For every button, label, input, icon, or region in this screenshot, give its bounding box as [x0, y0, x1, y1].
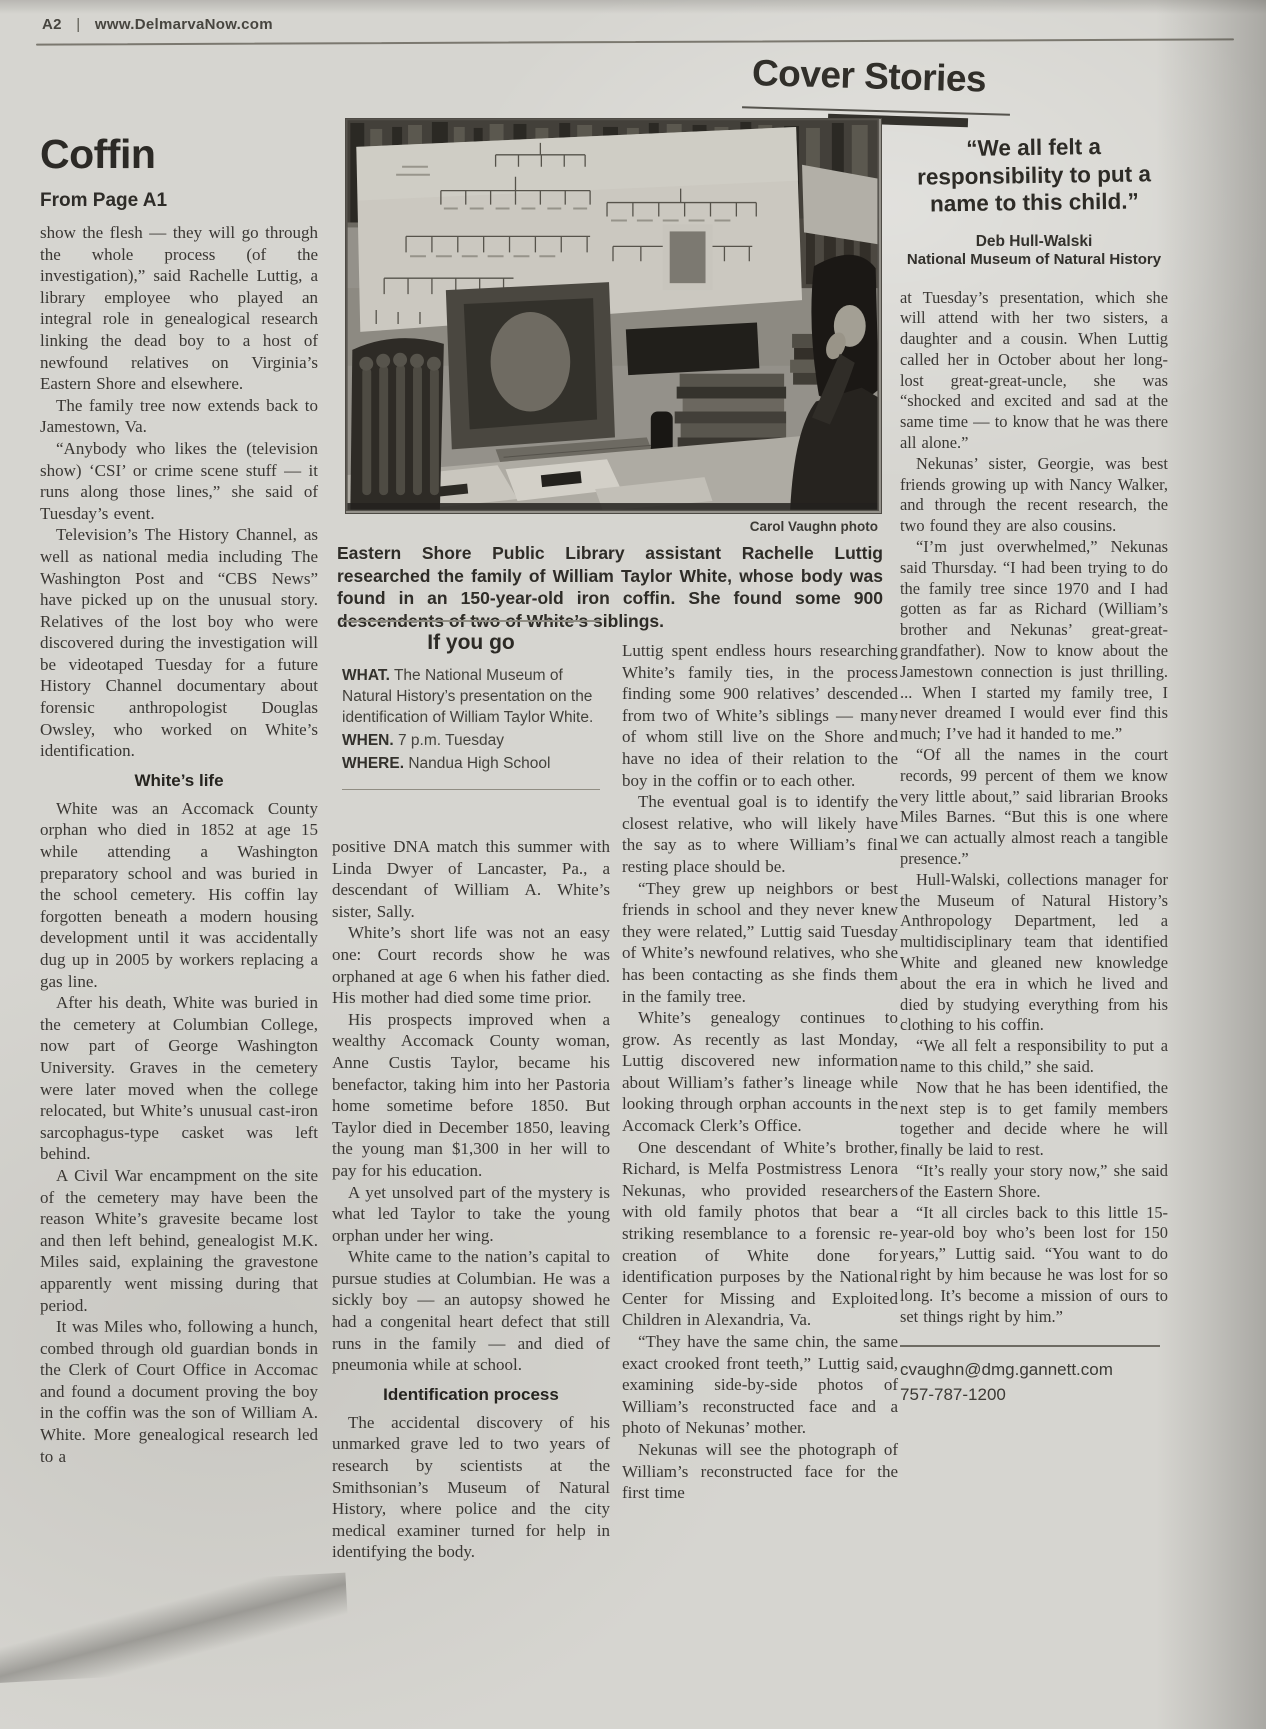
infobox-item-where: WHERE. Nandua High School	[342, 753, 600, 774]
paragraph: The family tree now extends back to Jame…	[40, 395, 318, 438]
paragraph: Luttig spent endless hours researching W…	[622, 640, 898, 791]
article-column-1: Coffin From Page A1 show the flesh — the…	[40, 132, 318, 1467]
infobox-item-when: WHEN. 7 p.m. Tuesday	[342, 730, 600, 751]
column-2-text: positive DNA match this summer with Lind…	[332, 836, 610, 1563]
scan-top-shadow	[0, 0, 1266, 14]
contact-email: cvaughn@dmg.gannett.com	[900, 1357, 1168, 1382]
article-column-3: Luttig spent endless hours researching W…	[622, 640, 898, 1504]
article-headline: Coffin	[40, 132, 318, 176]
paragraph: A yet unsolved part of the mystery is wh…	[332, 1182, 610, 1247]
paragraph: “It all circles back to this little 15-y…	[900, 1203, 1168, 1328]
paragraph: “It’s really your story now,” she said o…	[900, 1161, 1168, 1203]
masthead-separator: |	[76, 16, 80, 33]
paragraph: Hull-Walski, collections manager for the…	[900, 870, 1168, 1036]
page-number: A2	[42, 16, 62, 33]
paragraph: White’s genealogy continues to grow. As …	[622, 1007, 898, 1137]
if-you-go-box: If you go WHAT. The National Museum of N…	[342, 620, 600, 790]
paragraph: White’s short life was not an easy one: …	[332, 922, 610, 1008]
infobox-item-what: WHAT. The National Museum of Natural His…	[342, 665, 600, 728]
article-column-4: “We all felt a responsibility to put a n…	[900, 128, 1168, 1407]
photo-caption: Eastern Shore Public Library assistant R…	[337, 542, 883, 632]
paragraph: Nekunas’ sister, Georgie, was best frien…	[900, 454, 1168, 537]
paragraph: One descendant of White’s brother, Richa…	[622, 1137, 898, 1331]
paragraph: It was Miles who, following a hunch, com…	[40, 1316, 318, 1467]
contact-rule	[900, 1345, 1160, 1347]
paragraph: After his death, White was buried in the…	[40, 992, 318, 1165]
paragraph: Now that he has been identified, the nex…	[900, 1078, 1168, 1161]
photo-credit: Carol Vaughn photo	[345, 519, 878, 534]
contact-block: cvaughn@dmg.gannett.com 757-787-1200	[900, 1345, 1168, 1407]
paragraph: A Civil War encampment on the site of th…	[40, 1165, 318, 1316]
infobox-label-what: WHAT.	[342, 667, 390, 684]
paragraph: White came to the nation’s capital to pu…	[332, 1246, 610, 1376]
pull-quote-attribution-org: National Museum of Natural History	[900, 251, 1168, 268]
paragraph: Television’s The History Channel, as wel…	[40, 524, 318, 762]
paragraph: His prospects improved when a wealthy Ac…	[332, 1009, 610, 1182]
paragraph: “Anybody who likes the (television show)…	[40, 438, 318, 524]
paragraph: show the flesh — they will go through th…	[40, 222, 318, 395]
paragraph: positive DNA match this summer with Lind…	[332, 836, 610, 922]
paragraph: White was an Accomack County orphan who …	[40, 798, 318, 992]
scan-right-shadow	[1156, 0, 1266, 1729]
section-title: Cover Stories	[751, 52, 1032, 102]
paragraph: “Of all the names in the court records, …	[900, 745, 1168, 870]
newsroom-photo	[345, 118, 882, 514]
paragraph: The eventual goal is to identify the clo…	[622, 791, 898, 877]
paragraph: “I’m just overwhelmed,” Nekunas said Thu…	[900, 537, 1168, 745]
infobox-title: If you go	[342, 631, 600, 655]
column-4-text: at Tuesday’s presentation, which she wil…	[900, 288, 1168, 1328]
paragraph: “They have the same chin, the same exact…	[622, 1331, 898, 1439]
pull-quote: “We all felt a responsibility to put a n…	[899, 132, 1168, 218]
masthead: A2 | www.DelmarvaNow.com	[42, 16, 273, 33]
paragraph: “We all felt a responsibility to put a n…	[900, 1036, 1168, 1078]
paragraph: Nekunas will see the photograph of Willi…	[622, 1439, 898, 1504]
infobox-label-where: WHERE.	[342, 755, 404, 772]
infobox-top-rule	[342, 620, 600, 622]
subhead-identification-process: Identification process	[332, 1385, 610, 1405]
continuation-line: From Page A1	[40, 190, 318, 212]
pull-quote-attribution-name: Deb Hull-Walski	[900, 233, 1168, 251]
infobox-text-when: 7 p.m. Tuesday	[398, 732, 504, 749]
newspaper-page: A2 | www.DelmarvaNow.com Cover Stories C…	[0, 0, 1266, 1729]
infobox-label-when: WHEN.	[342, 732, 394, 749]
site-url: www.DelmarvaNow.com	[95, 16, 273, 33]
article-column-2: positive DNA match this summer with Lind…	[332, 836, 610, 1563]
infobox-bottom-rule	[342, 789, 600, 791]
contact-phone: 757-787-1200	[900, 1382, 1168, 1407]
scan-crease	[0, 1573, 350, 1684]
paragraph: “They grew up neighbors or best friends …	[622, 878, 898, 1008]
paragraph: The accidental discovery of his unmarked…	[332, 1412, 610, 1563]
masthead-rule	[36, 38, 1234, 45]
newsroom-photo-illustration	[346, 119, 879, 511]
column-3-text: Luttig spent endless hours researching W…	[622, 640, 898, 1504]
paragraph: at Tuesday’s presentation, which she wil…	[900, 288, 1168, 454]
subhead-whites-life: White’s life	[40, 771, 318, 791]
column-1-text: show the flesh — they will go through th…	[40, 222, 318, 1467]
infobox-text-where: Nandua High School	[408, 755, 550, 772]
